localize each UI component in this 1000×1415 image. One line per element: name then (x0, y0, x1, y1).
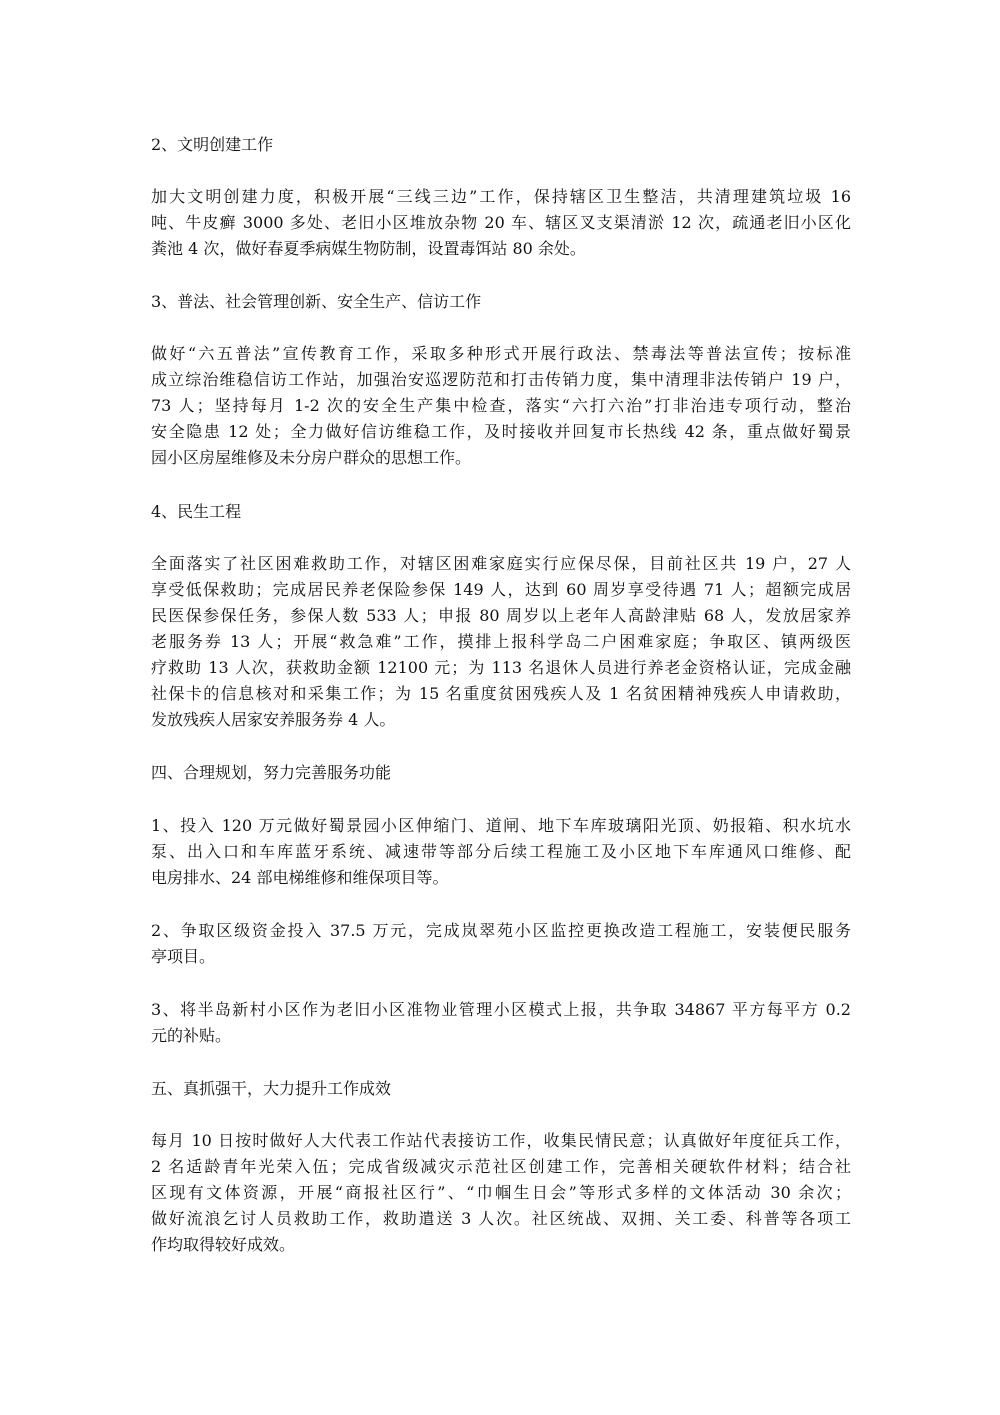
paragraph-line: 2、争取区级资金投入 37.5 万元，完成岚翠苑小区监控更换改造工程施工，安装便… (151, 918, 851, 944)
paragraph-line: 做好流浪乞讨人员救助工作，救助遣送 3 人次。社区统战、双拥、关工委、科普等各项… (151, 1206, 851, 1232)
paragraph-line: 疗救助 13 人次，获救助金额 12100 元；为 113 名退休人员进行养老金… (151, 655, 851, 681)
section-heading: 4、民生工程 (151, 499, 851, 525)
paragraph-line: 区现有文体资源，开展“商报社区行”、“巾帼生日会”等形式多样的文体活动 30 余… (151, 1180, 851, 1206)
paragraph-line: 园小区房屋维修及未分房户群众的思想工作。 (151, 445, 851, 471)
paragraph-line: 安全隐患 12 处；全力做好信访维稳工作，及时接收并回复市长热线 42 条，重点… (151, 419, 851, 445)
paragraph-line: 全面落实了社区困难救助工作，对辖区困难家庭实行应保尽保，目前社区共 19 户，2… (151, 551, 851, 577)
paragraph-line: 3、将半岛新村小区作为老旧小区准物业管理小区模式上报，共争取 34867 平方每… (151, 997, 851, 1023)
paragraph-line: 吨、牛皮癣 3000 多处、老旧小区堆放杂物 20 车、辖区叉支渠清淤 12 次… (151, 210, 851, 236)
paragraph-line: 2 名适龄青年光荣入伍；完成省级减灾示范社区创建工作，完善相关硬软件材料；结合社 (151, 1154, 851, 1180)
paragraph-line: 电房排水、24 部电梯维修和维保项目等。 (151, 865, 851, 891)
paragraph-line: 民医保参保任务，参保人数 533 人；申报 80 周岁以上老年人高龄津贴 68 … (151, 603, 851, 629)
paragraph-line: 加大文明创建力度，积极开展“三线三边”工作，保持辖区卫生整洁，共清理建筑垃圾 1… (151, 184, 851, 210)
paragraph-line: 粪池 4 次，做好春夏季病媒生物防制，设置毒饵站 80 余处。 (151, 236, 851, 262)
paragraph-line: 元的补贴。 (151, 1023, 851, 1049)
paragraph-line: 泵、出入口和车库蓝牙系统、减速带等部分后续工程施工及小区地下车库通风口维修、配 (151, 839, 851, 865)
paragraph-line: 老服务券 13 人；开展“救急难”工作，摸排上报科学岛二户困难家庭；争取区、镇两… (151, 629, 851, 655)
paragraph-line: 作均取得较好成效。 (151, 1232, 851, 1258)
section-heading: 3、普法、社会管理创新、安全生产、信访工作 (151, 289, 851, 315)
section-heading: 四、合理规划，努力完善服务功能 (151, 760, 851, 786)
document-page: 2、文明创建工作 加大文明创建力度，积极开展“三线三边”工作，保持辖区卫生整洁，… (0, 0, 1000, 1415)
paragraph-line: 1、投入 120 万元做好蜀景园小区伸缩门、道闸、地下车库玻璃阳光顶、奶报箱、积… (151, 813, 851, 839)
paragraph-line: 成立综治维稳信访工作站，加强治安巡逻防范和打击传销力度，集中清理非法传销户 19… (151, 367, 851, 393)
paragraph-line: 享受低保救助；完成居民养老保险参保 149 人，达到 60 周岁享受待遇 71 … (151, 577, 851, 603)
paragraph-line: 每月 10 日按时做好人大代表工作站代表接访工作，收集民情民意；认真做好年度征兵… (151, 1128, 851, 1154)
paragraph-line: 做好“六五普法”宣传教育工作，采取多种形式开展行政法、禁毒法等普法宣传；按标准 (151, 341, 851, 367)
paragraph-line: 发放残疾人居家安养服务券 4 人。 (151, 707, 851, 733)
section-heading: 五、真抓强干，大力提升工作成效 (151, 1076, 851, 1102)
section-heading: 2、文明创建工作 (151, 132, 851, 158)
paragraph-line: 亭项目。 (151, 944, 851, 970)
paragraph-line: 73 人；坚持每月 1-2 次的安全生产集中检查，落实“六打六治”打非治违专项行… (151, 393, 851, 419)
paragraph-line: 社保卡的信息核对和采集工作；为 15 名重度贫困残疾人及 1 名贫困精神残疾人申… (151, 681, 851, 707)
